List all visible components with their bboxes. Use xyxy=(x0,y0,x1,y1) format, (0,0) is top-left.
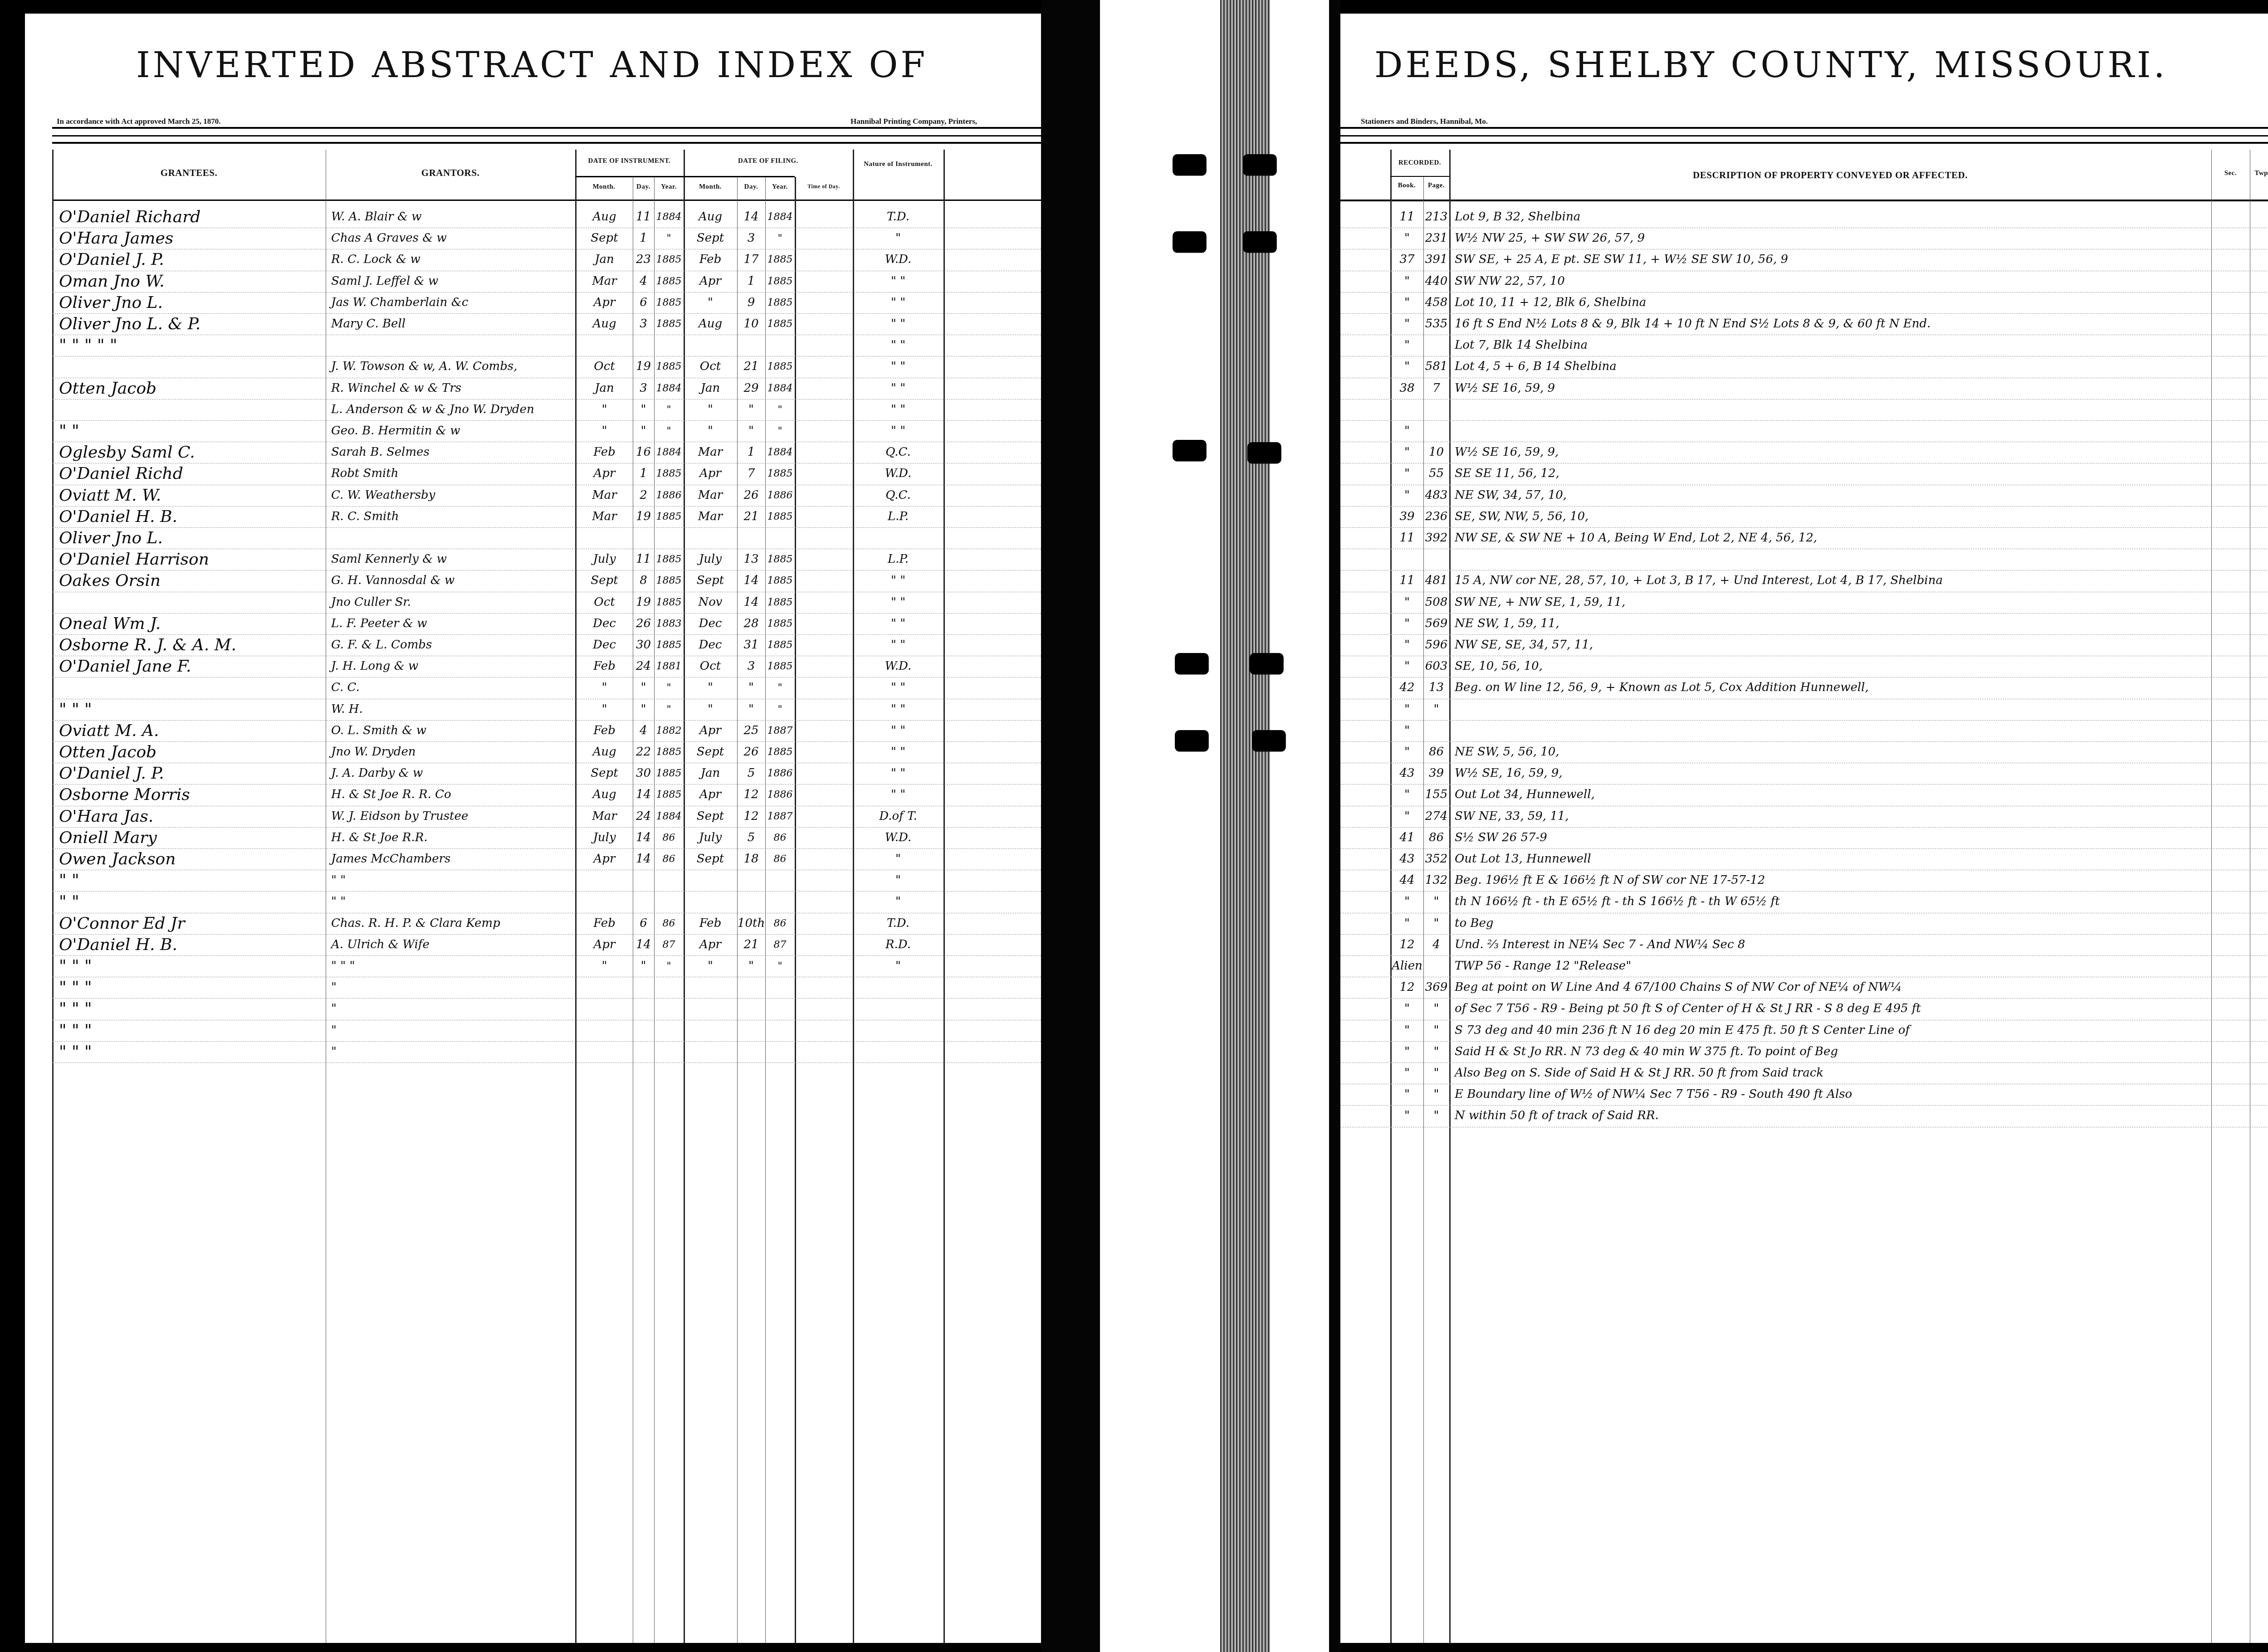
instrument-day-cell xyxy=(633,527,654,549)
filing-month-cell xyxy=(684,335,737,356)
nature-of-instrument-cell: " " xyxy=(853,720,943,741)
grantee-cell: " " " xyxy=(59,699,327,720)
grantor-cell: W. A. Blair & w xyxy=(331,206,576,228)
property-description-cell: 15 A, NW cor NE, 28, 57, 10, + Lot 3, B … xyxy=(1455,570,2268,591)
page-number-cell: " xyxy=(1423,998,1449,1019)
grantor-cell: G. F. & L. Combs xyxy=(331,634,576,656)
instrument-year-cell: 1884 xyxy=(654,442,684,463)
nature-of-instrument-cell: " " xyxy=(853,592,943,613)
filing-year-cell: 1884 xyxy=(765,378,795,399)
filing-day-cell: 7 xyxy=(737,463,765,484)
grantor-cell: H. & St Joe R.R. xyxy=(331,827,576,848)
filing-day-cell xyxy=(737,527,765,549)
grantee-cell: O'Daniel Harrison xyxy=(59,549,327,570)
book-number-cell: 39 xyxy=(1391,506,1423,527)
book-number-cell: 43 xyxy=(1391,848,1423,870)
header-rule xyxy=(1340,127,2268,129)
filing-day-cell: " xyxy=(737,420,765,442)
instrument-day-cell: 14 xyxy=(633,827,654,848)
filing-day-cell: 12 xyxy=(737,784,765,805)
binding-hole xyxy=(1243,154,1277,176)
filing-day-cell xyxy=(737,977,765,998)
instrument-day-cell: 14 xyxy=(633,934,654,955)
property-description-cell: SW NE, 33, 59, 11, xyxy=(1455,806,2268,827)
instrument-month-cell: July xyxy=(576,827,633,848)
filing-month-cell: Feb xyxy=(684,913,737,934)
nature-of-instrument-cell: R.D. xyxy=(853,934,943,955)
filing-year-cell: " xyxy=(765,699,795,720)
grantee-cell: Otten Jacob xyxy=(59,378,327,399)
page-number-cell: 596 xyxy=(1423,634,1449,656)
filing-year-cell: 1886 xyxy=(765,485,795,506)
filing-year-cell: 86 xyxy=(765,913,795,934)
instrument-day-cell: 11 xyxy=(633,206,654,228)
instrument-day-cell: 14 xyxy=(633,784,654,805)
filing-day-cell: 21 xyxy=(737,934,765,955)
grantee-cell xyxy=(59,592,327,613)
instrument-month-cell: Apr xyxy=(576,848,633,870)
filing-year-cell: 1887 xyxy=(765,806,795,827)
instrument-day-cell xyxy=(633,977,654,998)
filing-day-cell xyxy=(737,1041,765,1062)
filing-day-cell: 3 xyxy=(737,228,765,249)
grantee-cell xyxy=(59,677,327,698)
instrument-month-cell: Aug xyxy=(576,206,633,228)
instrument-year-cell xyxy=(654,870,684,891)
grantor-cell: Geo. B. Hermitin & w xyxy=(331,420,576,442)
binding-hole xyxy=(1173,154,1207,176)
book-number-cell: " xyxy=(1391,806,1423,827)
instrument-year-cell: 1885 xyxy=(654,271,684,292)
instrument-month-cell: Dec xyxy=(576,613,633,634)
instrument-day-cell: 16 xyxy=(633,442,654,463)
book-number-cell: " xyxy=(1391,998,1423,1019)
instrument-day-cell: 1 xyxy=(633,228,654,249)
instrument-day-cell: 30 xyxy=(633,763,654,784)
page-number-cell xyxy=(1423,335,1449,356)
header-inst-month: Month. xyxy=(575,184,633,191)
instrument-month-cell: Sept xyxy=(576,763,633,784)
filing-year-cell xyxy=(765,335,795,356)
instrument-month-cell: Feb xyxy=(576,913,633,934)
book-number-cell: " xyxy=(1391,335,1423,356)
instrument-day-cell: 6 xyxy=(633,292,654,313)
grantor-cell: J. H. Long & w xyxy=(331,656,576,677)
page-number-cell: 13 xyxy=(1423,677,1449,698)
book-number-cell: " xyxy=(1391,1084,1423,1105)
instrument-year-cell: " xyxy=(654,420,684,442)
grantee-cell: O'Daniel Richd xyxy=(59,463,327,484)
binding-hole xyxy=(1252,730,1286,752)
grantee-cell: " " xyxy=(59,891,327,912)
page-number-cell: 86 xyxy=(1423,741,1449,763)
grantor-cell: Chas A Graves & w xyxy=(331,228,576,249)
header-time-of-day: Time of Day. xyxy=(795,184,853,190)
filing-day-cell: 14 xyxy=(737,592,765,613)
page-number-cell: " xyxy=(1423,1020,1449,1041)
grantor-cell: G. H. Vannosdal & w xyxy=(331,570,576,591)
filing-month-cell: " xyxy=(684,292,737,313)
book-number-cell: 44 xyxy=(1391,870,1423,891)
filing-day-cell: 29 xyxy=(737,378,765,399)
page-number-cell xyxy=(1423,399,1449,420)
grantor-cell: H. & St Joe R. R. Co xyxy=(331,784,576,805)
property-description-cell: of Sec 7 T56 - R9 - Being pt 50 ft S of … xyxy=(1455,998,2268,1019)
nature-of-instrument-cell xyxy=(853,998,943,1019)
page-number-cell: 86 xyxy=(1423,827,1449,848)
page-number-cell: " xyxy=(1423,1084,1449,1105)
instrument-month-cell xyxy=(576,335,633,356)
book-number-cell: " xyxy=(1391,313,1423,335)
stationer-note: Stationers and Binders, Hannibal, Mo. xyxy=(1361,117,1488,126)
instrument-day-cell: 24 xyxy=(633,806,654,827)
column-divider xyxy=(52,150,54,1643)
instrument-day-cell: " xyxy=(633,699,654,720)
grantee-cell: O'Daniel J. P. xyxy=(59,763,327,784)
nature-of-instrument-cell: W.D. xyxy=(853,656,943,677)
instrument-year-cell: 1886 xyxy=(654,485,684,506)
filing-year-cell: 1886 xyxy=(765,784,795,805)
page-number-cell: 132 xyxy=(1423,870,1449,891)
book-number-cell: 43 xyxy=(1391,763,1423,784)
grantor-cell: " " xyxy=(331,870,576,891)
printer-note: Hannibal Printing Company, Printers, xyxy=(850,117,977,126)
header-grantors: GRANTORS. xyxy=(326,168,575,178)
grantor-cell: L. Anderson & w & Jno W. Dryden xyxy=(331,399,576,420)
instrument-day-cell: 24 xyxy=(633,656,654,677)
grantee-cell: O'Hara Jas. xyxy=(59,806,327,827)
filing-day-cell xyxy=(737,870,765,891)
instrument-day-cell: 19 xyxy=(633,356,654,377)
filing-year-cell: 1884 xyxy=(765,206,795,228)
page-number-cell xyxy=(1423,549,1449,570)
binding-hole xyxy=(1250,653,1284,675)
book-number-cell: 12 xyxy=(1391,934,1423,955)
grantee-cell: " " " " " xyxy=(59,335,327,356)
filing-month-cell: " xyxy=(684,677,737,698)
nature-of-instrument-cell: " " xyxy=(853,420,943,442)
instrument-day-cell xyxy=(633,1041,654,1062)
filing-month-cell: " xyxy=(684,699,737,720)
nature-of-instrument-cell: " xyxy=(853,891,943,912)
property-description-cell: E Boundary line of W½ of NW¼ Sec 7 T56 -… xyxy=(1455,1084,2268,1105)
property-description-cell: Beg. on W line 12, 56, 9, + Known as Lot… xyxy=(1455,677,2268,698)
property-description-cell: NW SE, & SW NE + 10 A, Being W End, Lot … xyxy=(1455,527,2268,549)
property-description-cell: NE SW, 1, 59, 11, xyxy=(1455,613,2268,634)
grantee-cell: Oliver Jno L. xyxy=(59,527,327,549)
filing-month-cell: Sept xyxy=(684,570,737,591)
column-divider xyxy=(1449,150,1451,1643)
instrument-year-cell: " xyxy=(654,699,684,720)
grantee-cell: Osborne Morris xyxy=(59,784,327,805)
filing-month-cell xyxy=(684,870,737,891)
property-description-cell xyxy=(1455,699,2268,720)
filing-day-cell: 9 xyxy=(737,292,765,313)
instrument-day-cell xyxy=(633,998,654,1019)
instrument-year-cell: 1885 xyxy=(654,292,684,313)
instrument-day-cell: 22 xyxy=(633,741,654,763)
instrument-day-cell xyxy=(633,335,654,356)
page-number-cell: 458 xyxy=(1423,292,1449,313)
filing-year-cell: 86 xyxy=(765,827,795,848)
grantor-cell: C. C. xyxy=(331,677,576,698)
instrument-month-cell xyxy=(576,998,633,1019)
filing-year-cell xyxy=(765,870,795,891)
filing-month-cell: Jan xyxy=(684,763,737,784)
grantor-cell: Chas. R. H. P. & Clara Kemp xyxy=(331,913,576,934)
filing-year-cell: 1884 xyxy=(765,442,795,463)
header-filing-day: Day. xyxy=(737,184,765,191)
book-number-cell: 38 xyxy=(1391,378,1423,399)
filing-year-cell: " xyxy=(765,677,795,698)
subheader-rule xyxy=(1390,176,1449,177)
property-description-cell: TWP 56 - Range 12 "Release" xyxy=(1455,955,2268,977)
subheader-rule xyxy=(575,176,795,177)
filing-day-cell: 18 xyxy=(737,848,765,870)
column-divider xyxy=(943,150,945,1643)
page-number-cell xyxy=(1423,955,1449,977)
nature-of-instrument-cell: " " xyxy=(853,699,943,720)
instrument-month-cell: Mar xyxy=(576,271,633,292)
grantor-cell: James McChambers xyxy=(331,848,576,870)
filing-year-cell: 1885 xyxy=(765,356,795,377)
instrument-day-cell: 4 xyxy=(633,720,654,741)
grantee-cell: Oglesby Saml C. xyxy=(59,442,327,463)
instrument-day-cell: 14 xyxy=(633,848,654,870)
binding-hole xyxy=(1243,231,1277,253)
property-description-cell: Out Lot 13, Hunnewell xyxy=(1455,848,2268,870)
filing-day-cell: 21 xyxy=(737,506,765,527)
book-number-cell: " xyxy=(1391,485,1423,506)
grantee-cell: Osborne R. J. & A. M. xyxy=(59,634,327,656)
nature-of-instrument-cell: " xyxy=(853,848,943,870)
grantor-cell: Mary C. Bell xyxy=(331,313,576,335)
property-description-cell: Lot 10, 11 + 12, Blk 6, Shelbina xyxy=(1455,292,2268,313)
header-rule xyxy=(1340,135,2268,136)
book-number-cell: " xyxy=(1391,292,1423,313)
instrument-month-cell: Mar xyxy=(576,506,633,527)
filing-year-cell: 1885 xyxy=(765,313,795,335)
instrument-day-cell: 19 xyxy=(633,506,654,527)
instrument-month-cell: Sept xyxy=(576,570,633,591)
right-ledger-page: DEEDS, SHELBY COUNTY, MISSOURI. Statione… xyxy=(1340,14,2268,1643)
page-number-cell: 10 xyxy=(1423,442,1449,463)
book-number-cell: " xyxy=(1391,463,1423,484)
property-description-cell: Out Lot 34, Hunnewell, xyxy=(1455,784,2268,805)
instrument-day-cell: 3 xyxy=(633,313,654,335)
instrument-year-cell: 1885 xyxy=(654,570,684,591)
instrument-month-cell: Mar xyxy=(576,806,633,827)
grantee-cell: O'Daniel H. B. xyxy=(59,506,327,527)
instrument-year-cell: 1885 xyxy=(654,356,684,377)
instrument-year-cell xyxy=(654,891,684,912)
grantor-cell: Saml J. Leffel & w xyxy=(331,271,576,292)
filing-year-cell: " xyxy=(765,955,795,977)
book-number-cell: 42 xyxy=(1391,677,1423,698)
book-number-cell: 11 xyxy=(1391,527,1423,549)
instrument-day-cell: 4 xyxy=(633,271,654,292)
instrument-month-cell: " xyxy=(576,399,633,420)
filing-year-cell xyxy=(765,1020,795,1041)
property-description-cell: NW SE, SE, 34, 57, 11, xyxy=(1455,634,2268,656)
grantee-cell: " " " xyxy=(59,1041,327,1062)
grantee-cell: O'Daniel J. P. xyxy=(59,249,327,270)
property-description-cell: th N 166½ ft - th E 65½ ft - th S 166½ f… xyxy=(1455,891,2268,912)
header-inst-year: Year. xyxy=(654,184,684,191)
filing-year-cell xyxy=(765,891,795,912)
filing-month-cell xyxy=(684,998,737,1019)
nature-of-instrument-cell: " " xyxy=(853,399,943,420)
book-number-cell: 11 xyxy=(1391,570,1423,591)
filing-month-cell: Apr xyxy=(684,720,737,741)
book-number-cell: Alien xyxy=(1391,955,1423,977)
property-description-cell xyxy=(1455,720,2268,741)
row-rule xyxy=(52,1062,1041,1063)
instrument-year-cell xyxy=(654,1041,684,1062)
grantee-cell: Otten Jacob xyxy=(59,741,327,763)
nature-of-instrument-cell: " " xyxy=(853,634,943,656)
book-number-cell: " xyxy=(1391,442,1423,463)
header-filing-year: Year. xyxy=(765,184,795,191)
instrument-year-cell: 1881 xyxy=(654,656,684,677)
filing-month-cell xyxy=(684,527,737,549)
filing-month-cell: " xyxy=(684,399,737,420)
grantee-cell: O'Connor Ed Jr xyxy=(59,913,327,934)
property-description-cell: W½ NW 25, + SW SW 26, 57, 9 xyxy=(1455,228,2268,249)
book-number-cell xyxy=(1391,399,1423,420)
instrument-month-cell: Aug xyxy=(576,784,633,805)
book-number-cell: " xyxy=(1391,891,1423,912)
filing-month-cell xyxy=(684,891,737,912)
binding-hole xyxy=(1173,231,1207,253)
filing-year-cell xyxy=(765,527,795,549)
instrument-year-cell: 1885 xyxy=(654,506,684,527)
instrument-day-cell: 6 xyxy=(633,913,654,934)
instrument-month-cell: Oct xyxy=(576,356,633,377)
instrument-year-cell: 1885 xyxy=(654,634,684,656)
book-number-cell: 41 xyxy=(1391,827,1423,848)
grantee-cell: Oneal Wm J. xyxy=(59,613,327,634)
book-number-cell: " xyxy=(1391,1062,1423,1084)
instrument-day-cell xyxy=(633,891,654,912)
instrument-year-cell: 86 xyxy=(654,827,684,848)
book-number-cell: " xyxy=(1391,784,1423,805)
page-number-cell: 231 xyxy=(1423,228,1449,249)
page-number-cell: " xyxy=(1423,1062,1449,1084)
filing-day-cell: 17 xyxy=(737,249,765,270)
page-number-cell: 535 xyxy=(1423,313,1449,335)
book-number-cell: " xyxy=(1391,1041,1423,1062)
filing-year-cell: " xyxy=(765,420,795,442)
grantor-cell: Sarah B. Selmes xyxy=(331,442,576,463)
page-number-cell: 155 xyxy=(1423,784,1449,805)
column-divider xyxy=(795,177,796,1643)
binding-hole xyxy=(1247,442,1281,464)
filing-day-cell: " xyxy=(737,677,765,698)
nature-of-instrument-cell xyxy=(853,1020,943,1041)
instrument-month-cell: Jan xyxy=(576,249,633,270)
page-number-cell: 236 xyxy=(1423,506,1449,527)
header-book: Book. xyxy=(1390,182,1423,190)
grantor-cell: Jno W. Dryden xyxy=(331,741,576,763)
book-number-cell: " xyxy=(1391,634,1423,656)
filing-month-cell: Apr xyxy=(684,934,737,955)
filing-day-cell: 26 xyxy=(737,741,765,763)
row-rule xyxy=(1340,1127,2268,1127)
grantor-cell: C. W. Weathersby xyxy=(331,485,576,506)
instrument-year-cell: " xyxy=(654,228,684,249)
property-description-cell: Lot 9, B 32, Shelbina xyxy=(1455,206,2268,228)
book-number-cell: " xyxy=(1391,656,1423,677)
header-date-of-filing: DATE OF FILING. xyxy=(684,158,853,165)
instrument-year-cell: 1884 xyxy=(654,206,684,228)
binding-hole xyxy=(1175,653,1209,675)
filing-year-cell: " xyxy=(765,399,795,420)
instrument-month-cell xyxy=(576,527,633,549)
instrument-year-cell xyxy=(654,998,684,1019)
grantee-cell: Oviatt M. W. xyxy=(59,485,327,506)
left-page-title: INVERTED ABSTRACT AND INDEX OF xyxy=(136,48,928,83)
nature-of-instrument-cell: W.D. xyxy=(853,463,943,484)
filing-year-cell: 1885 xyxy=(765,292,795,313)
grantee-cell: " " " xyxy=(59,998,327,1019)
instrument-month-cell: Aug xyxy=(576,741,633,763)
page-number-cell: 274 xyxy=(1423,806,1449,827)
page-number-cell: 392 xyxy=(1423,527,1449,549)
instrument-year-cell: 1885 xyxy=(654,313,684,335)
instrument-year-cell: 1885 xyxy=(654,741,684,763)
nature-of-instrument-cell: " " xyxy=(853,763,943,784)
filing-year-cell xyxy=(765,1041,795,1062)
grantor-cell: " xyxy=(331,1020,576,1041)
instrument-month-cell: Aug xyxy=(576,313,633,335)
book-number-cell: " xyxy=(1391,720,1423,741)
instrument-year-cell: " xyxy=(654,677,684,698)
filing-day-cell: 26 xyxy=(737,485,765,506)
grantor-cell: Saml Kennerly & w xyxy=(331,549,576,570)
filing-year-cell: 1885 xyxy=(765,592,795,613)
book-number-cell: " xyxy=(1391,913,1423,934)
filing-day-cell: 1 xyxy=(737,271,765,292)
book-number-cell: " xyxy=(1391,356,1423,377)
instrument-month-cell xyxy=(576,977,633,998)
property-description-cell: NE SW, 34, 57, 10, xyxy=(1455,485,2268,506)
instrument-year-cell xyxy=(654,1020,684,1041)
instrument-month-cell: Apr xyxy=(576,463,633,484)
property-description-cell: W½ SE, 16, 59, 9, xyxy=(1455,763,2268,784)
grantee-cell: " " " xyxy=(59,977,327,998)
instrument-day-cell: " xyxy=(633,677,654,698)
instrument-year-cell: 1882 xyxy=(654,720,684,741)
property-description-cell: to Beg xyxy=(1455,913,2268,934)
filing-day-cell: " xyxy=(737,699,765,720)
grantor-cell: R. C. Lock & w xyxy=(331,249,576,270)
filing-day-cell: 12 xyxy=(737,806,765,827)
nature-of-instrument-cell xyxy=(853,527,943,549)
filing-day-cell: " xyxy=(737,955,765,977)
page-number-cell: 603 xyxy=(1423,656,1449,677)
book-number-cell: " xyxy=(1391,420,1423,442)
header-grantees: GRANTEES. xyxy=(52,168,326,178)
filing-month-cell: " xyxy=(684,955,737,977)
instrument-year-cell: 1885 xyxy=(654,463,684,484)
nature-of-instrument-cell xyxy=(853,1041,943,1062)
filing-month-cell: Apr xyxy=(684,463,737,484)
instrument-day-cell: 26 xyxy=(633,613,654,634)
grantor-cell: Jno Culler Sr. xyxy=(331,592,576,613)
instrument-month-cell xyxy=(576,1020,633,1041)
property-description-cell: SE, 10, 56, 10, xyxy=(1455,656,2268,677)
